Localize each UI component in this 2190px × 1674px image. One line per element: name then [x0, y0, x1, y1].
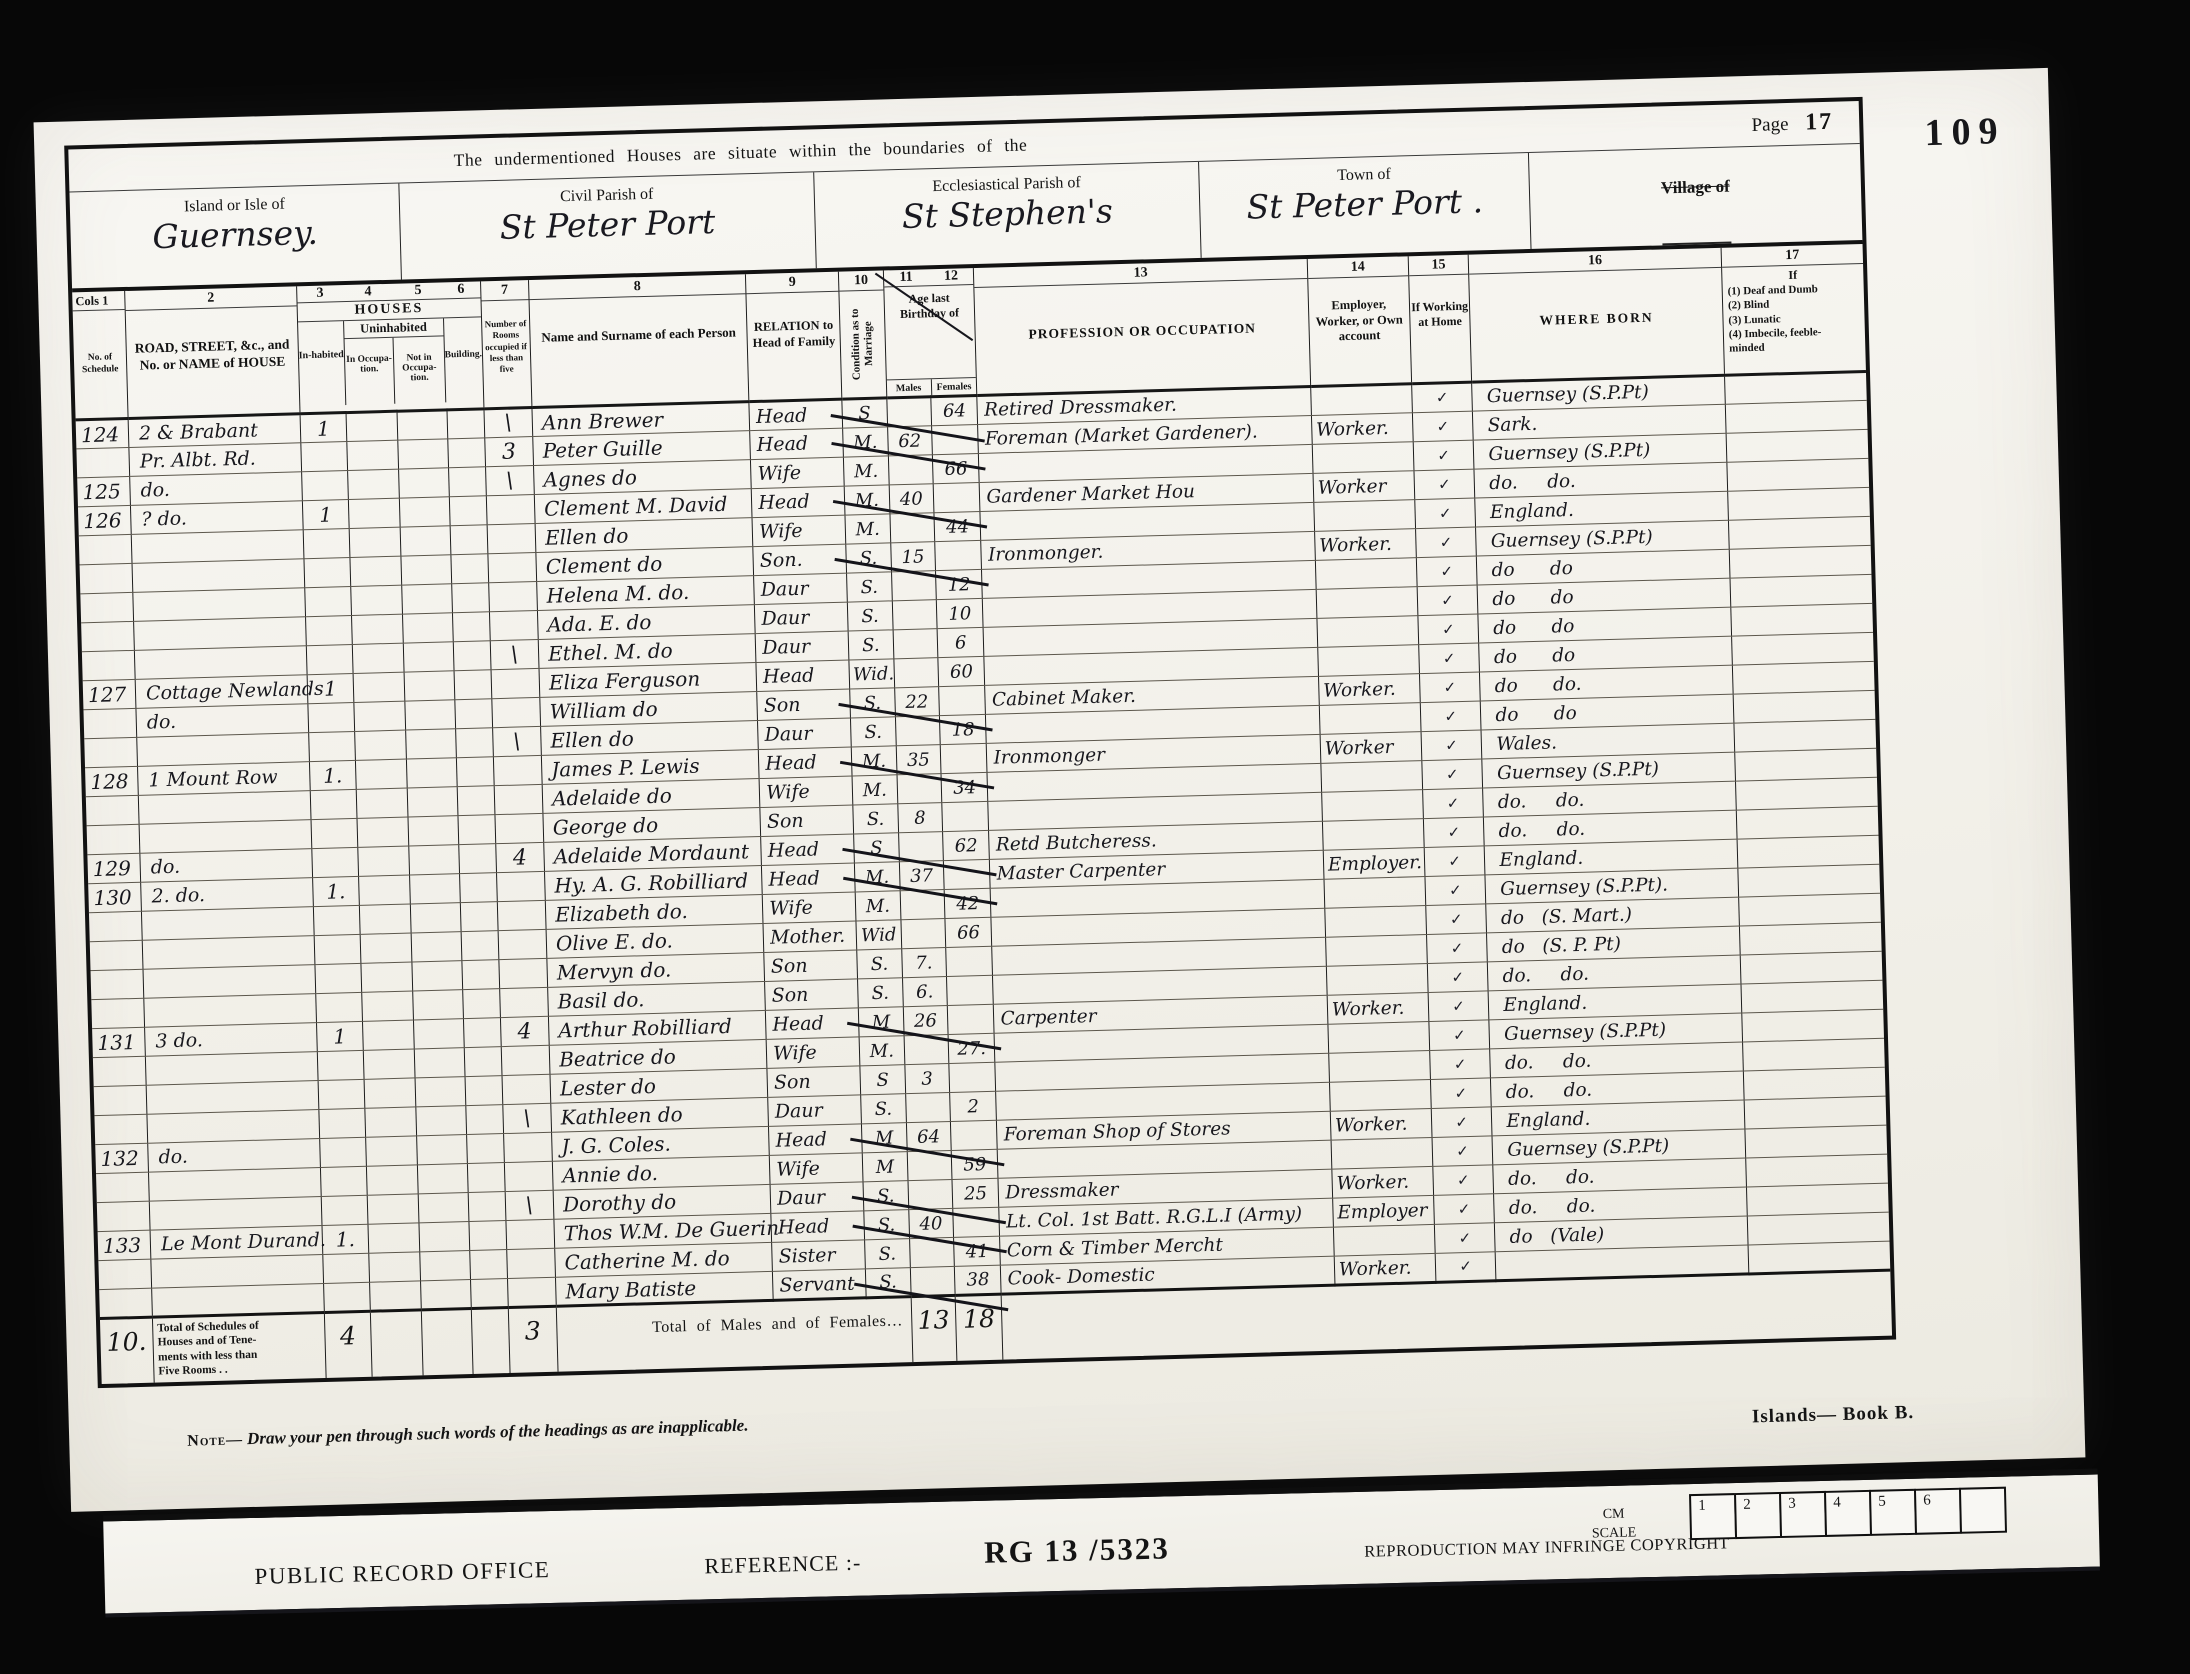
census-scan-page: { "page": {"number_label":"Page","number… — [0, 0, 2190, 1674]
cell-employer: Worker. — [1330, 1108, 1432, 1140]
cell-schedule — [83, 708, 136, 738]
cell-uninhabited-not — [408, 845, 459, 875]
cell-age-female: 18 — [939, 714, 986, 744]
cell-uninhabited-not — [402, 613, 453, 643]
town-cell: Town of St Peter Port . — [1199, 153, 1531, 258]
town-value: St Peter Port . — [1200, 180, 1530, 228]
cell-rooms: \ — [492, 726, 541, 756]
cell-employer — [1319, 703, 1421, 735]
cell-relation: Head — [762, 863, 856, 895]
cell-uninhabited-not — [411, 932, 462, 962]
cell-infirmity — [1748, 1241, 1890, 1274]
cell-uninhabited-occupied — [361, 962, 412, 992]
cell-age-male: 40 — [908, 1208, 953, 1238]
cell-condition: S — [854, 833, 899, 863]
cell-employer — [1315, 558, 1417, 590]
cell-age-male: 15 — [890, 542, 935, 572]
cell-age-male — [891, 571, 936, 601]
cell-condition: M — [858, 1007, 903, 1037]
cell-employer: Worker — [1320, 732, 1422, 764]
cell-age-male — [897, 774, 942, 804]
cell-inhabited — [321, 1195, 368, 1225]
cell-infirmity — [1724, 371, 1866, 404]
cell-employer — [1321, 761, 1423, 793]
cell-building — [460, 873, 497, 903]
header-working-at-home: 15 If Working at Home — [1408, 255, 1472, 384]
village-label-struck: Village of — [1661, 178, 1732, 246]
cell-age-female: 10 — [936, 598, 983, 628]
cell-schedule — [90, 940, 143, 970]
cell-uninhabited-not — [401, 584, 452, 614]
cell-building — [451, 554, 488, 584]
cell-employer: Employer — [1332, 1195, 1434, 1227]
cm-scale-cell — [1959, 1487, 2007, 1534]
cell-employer: Worker. — [1334, 1253, 1436, 1285]
cell-employer: Employer. — [1323, 848, 1425, 880]
page-number: Page 17 — [1751, 109, 1833, 138]
cell-inhabited — [318, 1079, 365, 1109]
cell-rooms: 4 — [500, 1016, 549, 1046]
cell-road — [152, 1284, 324, 1318]
header-condition: 10 Condition as to Marriage — [839, 270, 887, 399]
cell-condition: S. — [847, 572, 892, 602]
cell-employer — [1321, 790, 1423, 822]
cell-uninhabited-not — [419, 1222, 470, 1252]
cell-uninhabited-occupied — [349, 498, 400, 528]
cell-schedule — [91, 969, 144, 999]
cell-inhabited — [313, 905, 360, 935]
cell-road — [149, 1197, 321, 1231]
totals-schedules-label: Total of Schedules of Houses and of Tene… — [152, 1312, 325, 1382]
census-rows: 124 2 & Brabant 1 \ Ann Brewer Head S 64… — [76, 371, 1892, 1383]
cell-rooms — [493, 755, 542, 785]
cell-road — [145, 1052, 317, 1086]
cell-uninhabited-occupied — [346, 411, 397, 441]
cell-condition: S. — [865, 1239, 910, 1269]
cell-condition: M. — [844, 456, 889, 486]
cell-inhabited — [301, 442, 348, 472]
cell-relation: Wife — [766, 1037, 860, 1069]
inhabited-label: In-habited — [298, 321, 346, 406]
cell-infirmity — [1732, 661, 1874, 694]
cell-schedule — [80, 592, 133, 622]
cell-building — [468, 1163, 505, 1193]
cell-building — [464, 1047, 501, 1077]
island-value: Guernsey. — [70, 211, 400, 259]
cell-home-tick: ✓ — [1425, 875, 1486, 906]
cell-schedule — [79, 534, 132, 564]
cell-relation: Wife — [762, 892, 856, 924]
cell-uninhabited-occupied — [356, 759, 407, 789]
cell-condition: S. — [858, 978, 903, 1008]
header-relation: 9 RELATION to Head of Family — [746, 272, 842, 402]
cell-age-female: 41 — [954, 1236, 1001, 1266]
cell-road: 3 do. — [145, 1023, 317, 1057]
cell-building — [456, 728, 493, 758]
totals-rooms-value: 3 — [508, 1306, 558, 1372]
cell-relation: Head — [751, 486, 845, 518]
cell-uninhabited-occupied — [364, 1078, 415, 1108]
cell-age-female — [940, 743, 987, 773]
cell-condition: S. — [848, 630, 893, 660]
cell-condition: M. — [845, 514, 890, 544]
cell-road — [149, 1168, 321, 1202]
cell-home-tick: ✓ — [1433, 1194, 1494, 1225]
census-form: The undermentioned Houses are situate wi… — [64, 97, 1896, 1388]
cell-age-female — [943, 859, 990, 889]
cell-rooms: 4 — [495, 842, 544, 872]
cell-employer: Worker. — [1318, 674, 1420, 706]
header-name: 8 Name and Surname of each Person — [529, 274, 750, 407]
cell-age-female: 38 — [954, 1265, 1001, 1295]
cell-employer — [1325, 935, 1427, 967]
cell-uninhabited-not — [404, 671, 455, 701]
cell-building — [450, 525, 487, 555]
cell-inhabited — [304, 558, 351, 588]
cell-rooms — [496, 871, 545, 901]
film-frame-number: 109 — [1924, 109, 2006, 155]
cell-relation: Head — [766, 1008, 860, 1040]
cell-condition: S — [860, 1065, 905, 1095]
cell-road — [134, 646, 306, 680]
cell-relation: Wife — [769, 1153, 863, 1185]
cell-uninhabited-not — [407, 787, 458, 817]
cell-building — [457, 757, 494, 787]
cell-condition: S. — [851, 717, 896, 747]
cell-home-tick: ✓ — [1423, 817, 1484, 848]
cell-infirmity — [1730, 574, 1872, 607]
cell-rooms — [489, 610, 538, 640]
cell-relation: Wife — [759, 776, 853, 808]
cell-inhabited — [308, 702, 355, 732]
cell-age-male — [886, 397, 931, 427]
cell-age-male — [892, 600, 937, 630]
cell-employer — [1331, 1137, 1433, 1169]
cell-building — [461, 931, 498, 961]
cell-uninhabited-occupied — [365, 1107, 416, 1137]
cell-inhabited — [323, 1282, 370, 1312]
cell-age-female: 64 — [931, 395, 978, 425]
cell-home-tick: ✓ — [1415, 527, 1476, 558]
cell-relation: Head — [769, 1124, 863, 1156]
cell-inhabited — [305, 615, 352, 645]
cell-age-male — [893, 658, 938, 688]
cell-relation: Son — [767, 1066, 861, 1098]
totals-males-females-label: Total of Males and of Females… — [556, 1297, 912, 1372]
cell-inhabited — [315, 992, 362, 1022]
book-designation: Islands— Book B. — [1752, 1402, 1915, 1428]
cell-building — [461, 902, 498, 932]
cell-condition: S. — [846, 543, 891, 573]
cell-uninhabited-occupied — [352, 614, 403, 644]
cell-age-male — [900, 890, 945, 920]
cell-road — [141, 907, 313, 941]
cell-condition: M. — [855, 862, 900, 892]
cell-age-male: 6. — [902, 977, 947, 1007]
cell-condition: Wid — [856, 920, 901, 950]
cell-schedule — [98, 1259, 151, 1289]
cell-relation: Head — [749, 399, 843, 431]
cell-schedule — [86, 795, 139, 825]
cell-relation: Wife — [752, 515, 846, 547]
cell-road: do. — [136, 704, 308, 738]
cell-uninhabited-not — [417, 1164, 468, 1194]
cell-road — [144, 994, 316, 1028]
note-text: Draw your pen through such words of the … — [247, 1416, 749, 1449]
header-rooms: 7 Number of Rooms occupied if less than … — [480, 280, 532, 409]
col3-number: 3 — [297, 285, 343, 302]
cell-age-male — [895, 716, 940, 746]
totals-schedule-number: 10. — [100, 1317, 154, 1383]
cell-rooms — [505, 1219, 554, 1249]
cell-age-female: 42 — [944, 888, 991, 918]
cell-relation: Daur — [755, 602, 849, 634]
cell-relation: Son — [760, 805, 854, 837]
cell-age-male: 62 — [887, 426, 932, 456]
cell-relation: Head — [758, 747, 852, 779]
cell-uninhabited-occupied — [359, 875, 410, 905]
cell-rooms — [498, 929, 547, 959]
cell-road: do. — [140, 849, 312, 883]
cell-home-tick: ✓ — [1419, 672, 1480, 703]
cm-scale-cell: 4 — [1824, 1490, 1872, 1537]
cell-age-female — [935, 540, 982, 570]
cell-uninhabited-occupied — [367, 1194, 418, 1224]
cell-infirmity — [1731, 632, 1873, 665]
census-sheet: 109 The undermentioned Houses are situat… — [34, 68, 2086, 1512]
cell-schedule — [76, 447, 129, 477]
cell-age-male: 40 — [889, 484, 934, 514]
males-label: Males — [886, 379, 931, 396]
cell-infirmity — [1729, 545, 1871, 578]
header-schedule: Cols 1 No. of Schedule — [72, 291, 128, 420]
cell-schedule — [87, 824, 140, 854]
cell-relation: Head — [756, 660, 850, 692]
cell-uninhabited-occupied — [350, 556, 401, 586]
cell-rooms — [499, 987, 548, 1017]
cell-building — [454, 670, 491, 700]
cell-inhabited — [323, 1253, 370, 1283]
cell-employer — [1318, 645, 1420, 677]
cell-home-tick: ✓ — [1414, 469, 1475, 500]
cell-infirmity — [1735, 777, 1877, 810]
cell-age-male — [888, 455, 933, 485]
cell-uninhabited-not — [420, 1280, 471, 1310]
cell-uninhabited-occupied — [353, 672, 404, 702]
cell-condition: M. — [855, 891, 900, 921]
age-label: Age last Birthday of — [884, 285, 975, 322]
cell-home-tick: ✓ — [1429, 1020, 1490, 1051]
cell-rooms — [507, 1277, 556, 1307]
cell-uninhabited-occupied — [360, 904, 411, 934]
cell-uninhabited-occupied — [352, 643, 403, 673]
cell-infirmity — [1740, 951, 1882, 984]
cell-age-female: 34 — [941, 772, 988, 802]
cell-road: ? do. — [130, 501, 302, 535]
cell-condition: S — [842, 398, 887, 428]
cell-employer — [1316, 587, 1418, 619]
col11-number: 11 — [883, 269, 928, 286]
cell-inhabited — [304, 587, 351, 617]
cell-uninhabited-not — [405, 700, 456, 730]
cell-uninhabited-not — [409, 874, 460, 904]
cell-condition: S. — [865, 1268, 910, 1298]
cell-road — [138, 791, 310, 825]
col12-number: 12 — [928, 268, 973, 285]
totals-females-value: 18 — [955, 1294, 1003, 1360]
cell-home-tick: ✓ — [1424, 846, 1485, 877]
cell-uninhabited-not — [415, 1077, 466, 1107]
cell-schedule — [91, 998, 144, 1028]
cell-rooms — [491, 697, 540, 727]
cell-age-male — [910, 1266, 955, 1296]
cell-schedule: 124 — [76, 418, 129, 448]
cell-infirmity — [1733, 690, 1875, 723]
cell-infirmity — [1744, 1096, 1886, 1129]
cell-schedule: 126 — [78, 505, 131, 535]
cell-employer — [1322, 819, 1424, 851]
cell-relation: Son. — [753, 544, 847, 576]
cell-relation: Son — [757, 689, 851, 721]
cell-infirmity — [1738, 864, 1880, 897]
cell-uninhabited-not — [408, 816, 459, 846]
cell-road — [132, 559, 304, 593]
cell-age-male — [907, 1150, 952, 1180]
cell-employer: Worker. — [1327, 993, 1429, 1025]
cell-road — [143, 965, 315, 999]
cell-uninhabited-occupied — [370, 1281, 421, 1311]
cell-age-male — [890, 513, 935, 543]
cell-schedule: 131 — [92, 1027, 145, 1057]
cell-infirmity — [1726, 429, 1868, 462]
cell-rooms — [494, 813, 543, 843]
cell-employer — [1326, 964, 1428, 996]
cell-road: do. — [148, 1139, 320, 1173]
cell-building — [471, 1279, 508, 1309]
cell-infirmity — [1736, 806, 1878, 839]
cell-relation: Head — [750, 428, 844, 460]
cell-relation: Son — [764, 950, 858, 982]
cell-inhabited — [319, 1108, 366, 1138]
cell-building — [450, 496, 487, 526]
cell-uninhabited-occupied — [360, 933, 411, 963]
cell-uninhabited-occupied — [362, 991, 413, 1021]
cell-infirmity — [1739, 893, 1881, 926]
cell-rooms: \ — [490, 639, 539, 669]
header-infirmity: 17 If (1) Deaf and Dumb (2) Blind (3) Lu… — [1721, 244, 1866, 375]
cell-inhabited — [315, 963, 362, 993]
cell-uninhabited-occupied — [351, 585, 402, 615]
cell-age-female: 66 — [945, 917, 992, 947]
page-number-value: 17 — [1805, 109, 1834, 136]
cell-uninhabited-not — [397, 410, 448, 440]
cell-rooms — [504, 1161, 553, 1191]
cell-employer: Worker. — [1311, 413, 1413, 445]
cell-condition: S. — [853, 804, 898, 834]
cell-age-female: 66 — [932, 453, 979, 483]
totals-houses-value: 4 — [324, 1311, 372, 1377]
cell-rooms — [506, 1248, 555, 1278]
cell-building — [464, 1018, 501, 1048]
cell-uninhabited-not — [416, 1135, 467, 1165]
cell-inhabited — [310, 789, 357, 819]
cell-home-tick: ✓ — [1435, 1252, 1496, 1283]
col5-number: 5 — [393, 282, 443, 299]
cell-inhabited: 1 — [316, 1021, 363, 1051]
cell-road — [137, 733, 309, 767]
cell-infirmity — [1727, 458, 1869, 491]
civil-parish-cell: Civil Parish of St Peter Port — [399, 172, 816, 279]
cell-condition: S. — [857, 949, 902, 979]
cell-age-male — [909, 1237, 954, 1267]
cell-road — [151, 1255, 323, 1289]
cm-scale-cell: 3 — [1779, 1491, 1827, 1538]
cell-employer — [1312, 442, 1414, 474]
cell-employer — [1328, 1022, 1430, 1054]
cell-inhabited — [308, 731, 355, 761]
cell-home-tick: ✓ — [1417, 585, 1478, 616]
cell-inhabited — [301, 471, 348, 501]
cell-uninhabited-not — [397, 439, 448, 469]
in-occupation-label: In Occupa-tion. — [344, 338, 395, 405]
cell-uninhabited-not — [410, 903, 461, 933]
cell-home-tick: ✓ — [1434, 1223, 1495, 1254]
females-label: Females — [931, 378, 976, 395]
cell-schedule: 125 — [77, 476, 130, 506]
cell-inhabited: 1. — [322, 1224, 369, 1254]
cell-age-female: 12 — [936, 569, 983, 599]
header-ages: 11 12 Age last Birthday of Males Females — [883, 268, 977, 398]
cm-scale-cell: 1 — [1689, 1493, 1737, 1540]
cell-schedule — [94, 1114, 147, 1144]
cell-infirmity — [1746, 1183, 1888, 1216]
cell-age-male — [908, 1179, 953, 1209]
cell-relation: Daur — [768, 1095, 862, 1127]
ecclesiastical-parish-cell: Ecclesiastical Parish of St Stephen's — [814, 162, 1201, 268]
cell-uninhabited-occupied — [356, 788, 407, 818]
cell-home-tick: ✓ — [1412, 411, 1473, 442]
cell-building — [448, 438, 485, 468]
cell-age-male: 8 — [897, 803, 942, 833]
cell-uninhabited-not — [419, 1251, 470, 1281]
cell-home-tick: ✓ — [1430, 1078, 1491, 1109]
cell-schedule — [80, 563, 133, 593]
cell-infirmity — [1741, 980, 1883, 1013]
cell-schedule: 132 — [95, 1143, 148, 1173]
cell-age-female — [947, 1004, 994, 1034]
cell-uninhabited-not — [412, 990, 463, 1020]
cell-relation: Servant — [773, 1269, 867, 1301]
cell-relation: Head — [771, 1211, 865, 1243]
census-table: Cols 1 No. of Schedule 2 ROAD, STREET, &… — [72, 244, 1892, 1384]
totals-males-value: 13 — [911, 1295, 957, 1361]
cell-relation: Daur — [754, 573, 848, 605]
cell-building — [469, 1221, 506, 1251]
cell-uninhabited-occupied — [363, 1020, 414, 1050]
cell-infirmity — [1742, 1009, 1884, 1042]
cell-uninhabited-not — [418, 1193, 469, 1223]
cell-age-female: 25 — [952, 1178, 999, 1208]
cell-building — [453, 612, 490, 642]
cell-road — [142, 936, 314, 970]
cell-home-tick: ✓ — [1416, 556, 1477, 587]
cell-schedule: 127 — [83, 679, 136, 709]
cell-building — [449, 467, 486, 497]
cell-uninhabited-occupied — [369, 1252, 420, 1282]
col4-number: 4 — [343, 284, 393, 301]
cell-infirmity — [1743, 1067, 1885, 1100]
cell-age-female — [953, 1207, 1000, 1237]
